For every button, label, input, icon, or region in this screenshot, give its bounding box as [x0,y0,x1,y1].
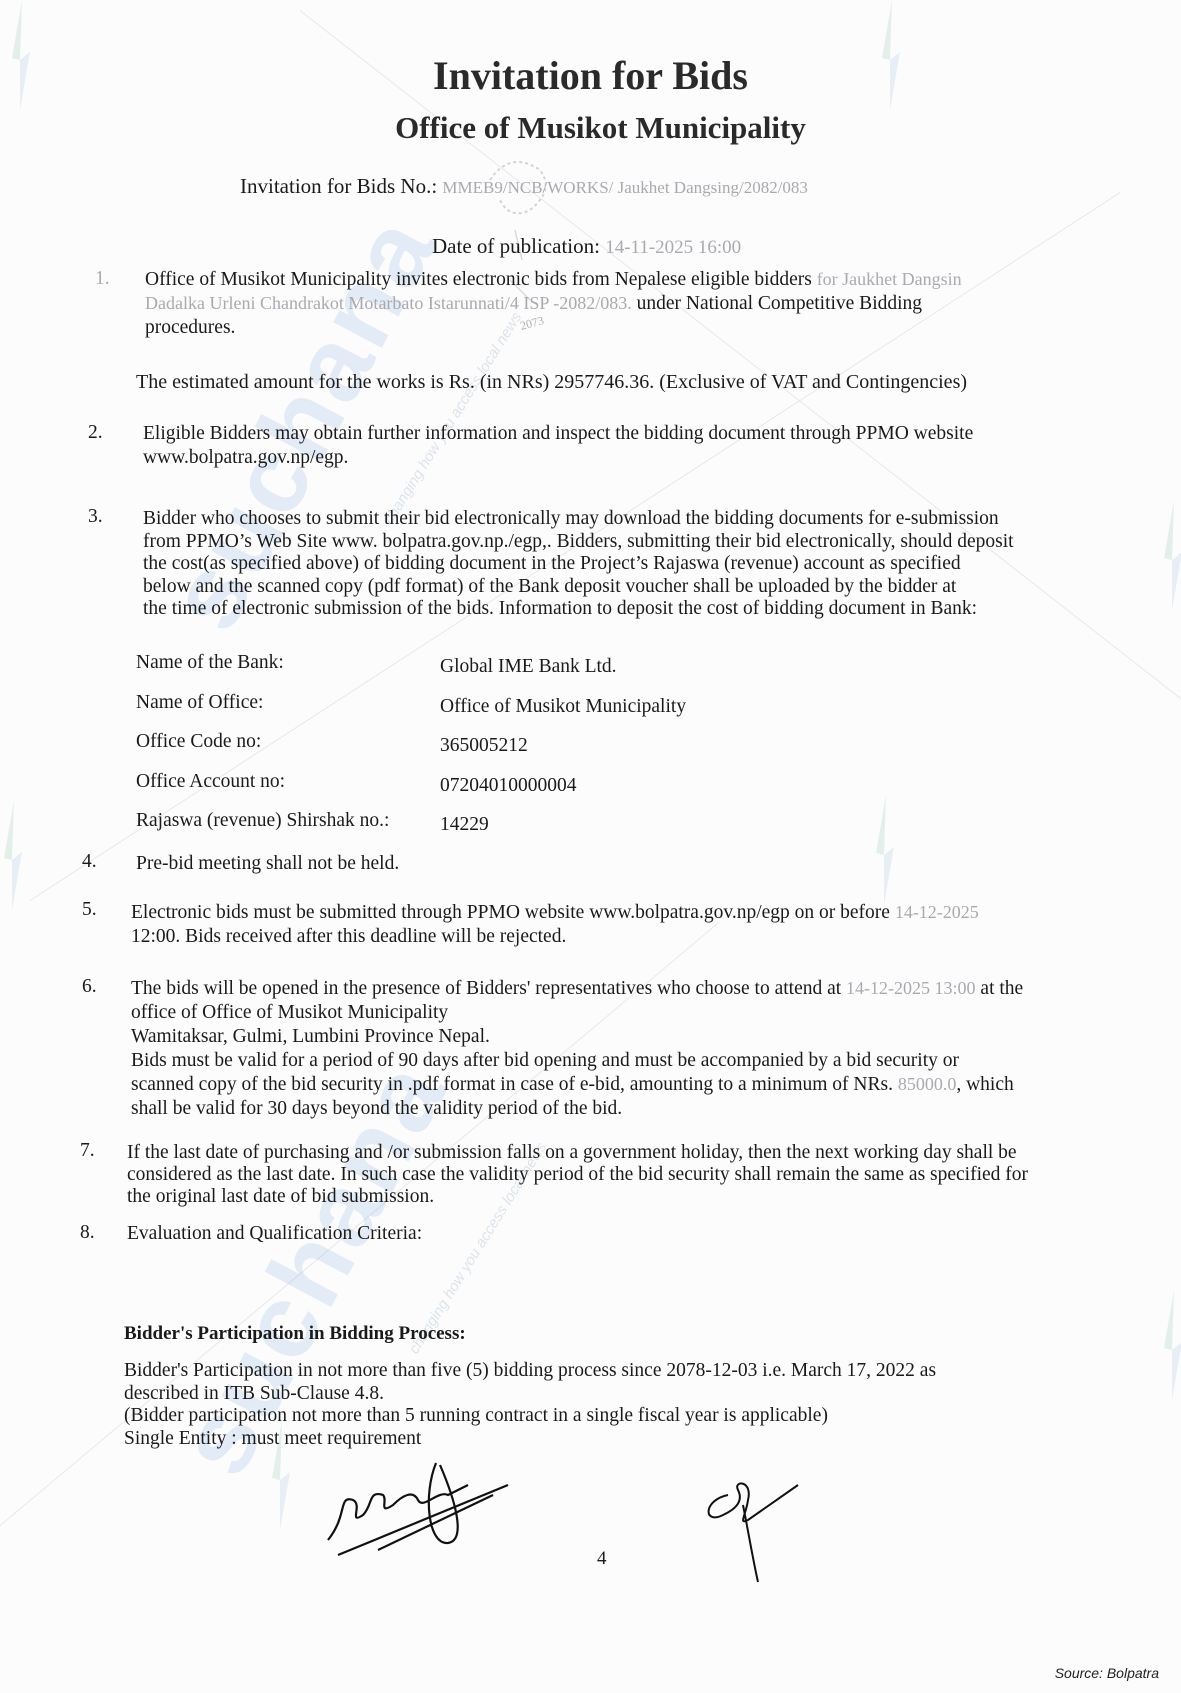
item-number: 3. [88,506,103,528]
item-1-line: Dadalka Urleni Chandrakot Motarbato Ista… [145,293,922,314]
ifb-number-line: Invitation for Bids No.: MMEB9/NCB/WORKS… [240,174,808,199]
ifb-label: Invitation for Bids No.: [240,174,437,198]
item-number: 7. [80,1140,95,1162]
bank-field-label: Name of Office: [136,692,263,714]
watermark-bolt-icon [1160,500,1181,610]
pub-label: Date of publication: [432,234,600,258]
bank-field-value: Global IME Bank Ltd. [440,656,617,678]
item-1-line: Office of Musikot Municipality invites e… [145,269,962,290]
bank-field-label: Office Account no: [136,771,285,793]
participation-line: described in ITB Sub-Clause 4.8. [124,1383,384,1404]
project-name: Dadalka Urleni Chandrakot Motarbato Ista… [145,293,632,313]
item-3-line: the cost(as specified above) of bidding … [143,553,961,574]
item-5-line: Electronic bids must be submitted throug… [131,902,979,923]
item-3-line: below and the scanned copy (pdf format) … [143,576,956,597]
project-name: for Jaukhet Dangsin [817,269,962,289]
item-6-line: The bids will be opened in the presence … [131,978,1023,999]
item-7-line: considered as the last date. In such cas… [127,1164,1028,1185]
item-2-line: Eligible Bidders may obtain further info… [143,423,973,444]
page-number: 4 [597,1548,607,1570]
bank-field-value: Office of Musikot Municipality [440,696,686,718]
item-6-line: office of Office of Musikot Municipality [131,1002,448,1023]
publication-date-line: Date of publication: 14-11-2025 16:00 [432,234,741,259]
item-number: 5. [82,899,97,921]
source-credit: Source: Bolpatra [1055,1665,1159,1681]
item-7-line: If the last date of purchasing and /or s… [127,1142,1017,1163]
bank-field-value: 14229 [440,814,489,836]
submission-deadline: 14-12-2025 [895,902,979,922]
watermark-bolt-icon [1160,1290,1181,1400]
item-5-line: 12:00. Bids received after this deadline… [131,926,566,947]
item-number: 2. [88,422,103,444]
item-3-line: the time of electronic submission of the… [143,598,977,619]
item-number: 4. [82,851,97,873]
watermark-bolt-icon [0,800,26,910]
participation-line: (Bidder participation not more than 5 ru… [124,1405,828,1426]
item-number: 8. [80,1222,95,1244]
participation-line: Bidder's Participation in not more than … [124,1360,936,1381]
bank-field-label: Office Code no: [136,731,261,753]
pub-date: 14-11-2025 16:00 [605,237,741,258]
bid-security-amount: 85000.0 [898,1074,957,1094]
item-3-line: Bidder who chooses to submit their bid e… [143,508,999,529]
item-2-line: www.bolpatra.gov.np/egp. [143,447,348,468]
item-1-line: procedures. [145,317,235,338]
watermark-line [300,10,1181,934]
item-number: 1. [95,268,110,290]
estimated-amount: The estimated amount for the works is Rs… [136,372,967,393]
bank-field-label: Rajaswa (revenue) Shirshak no.: [136,810,389,832]
participation-heading: Bidder's Participation in Bidding Proces… [124,1323,466,1344]
bank-field-value: 365005212 [440,735,528,757]
ifb-number: MMEB9/NCB/WORKS/ Jaukhet Dangsing/2082/0… [442,178,808,197]
item-6-line: Wamitaksar, Gulmi, Lumbini Province Nepa… [131,1026,490,1047]
watermark-bolt-icon [872,795,898,905]
item-6-line: shall be valid for 30 days beyond the va… [131,1098,622,1119]
office-name: Office of Musikot Municipality [10,110,1181,146]
item-7-line: the original last date of bid submission… [127,1186,434,1207]
bank-field-value: 07204010000004 [440,775,577,797]
document-title: Invitation for Bids [0,52,1181,99]
participation-line: Single Entity : must meet requirement [124,1428,421,1449]
bank-field-label: Name of the Bank: [136,652,284,674]
item-4-text: Pre-bid meeting shall not be held. [136,853,399,874]
signature-1-icon [318,1455,518,1560]
signature-2-icon [698,1470,808,1585]
item-6-line: Bids must be valid for a period of 90 da… [131,1050,959,1071]
item-3-line: from PPMO’s Web Site www. bolpatra.gov.n… [143,531,1014,552]
document-page: suchana changing how you access local ne… [0,0,1181,1693]
item-number: 6. [82,976,97,998]
item-6-line: scanned copy of the bid security in .pdf… [131,1074,1014,1095]
item-8-text: Evaluation and Qualification Criteria: [127,1223,422,1244]
opening-datetime: 14-12-2025 13:00 [846,978,976,998]
